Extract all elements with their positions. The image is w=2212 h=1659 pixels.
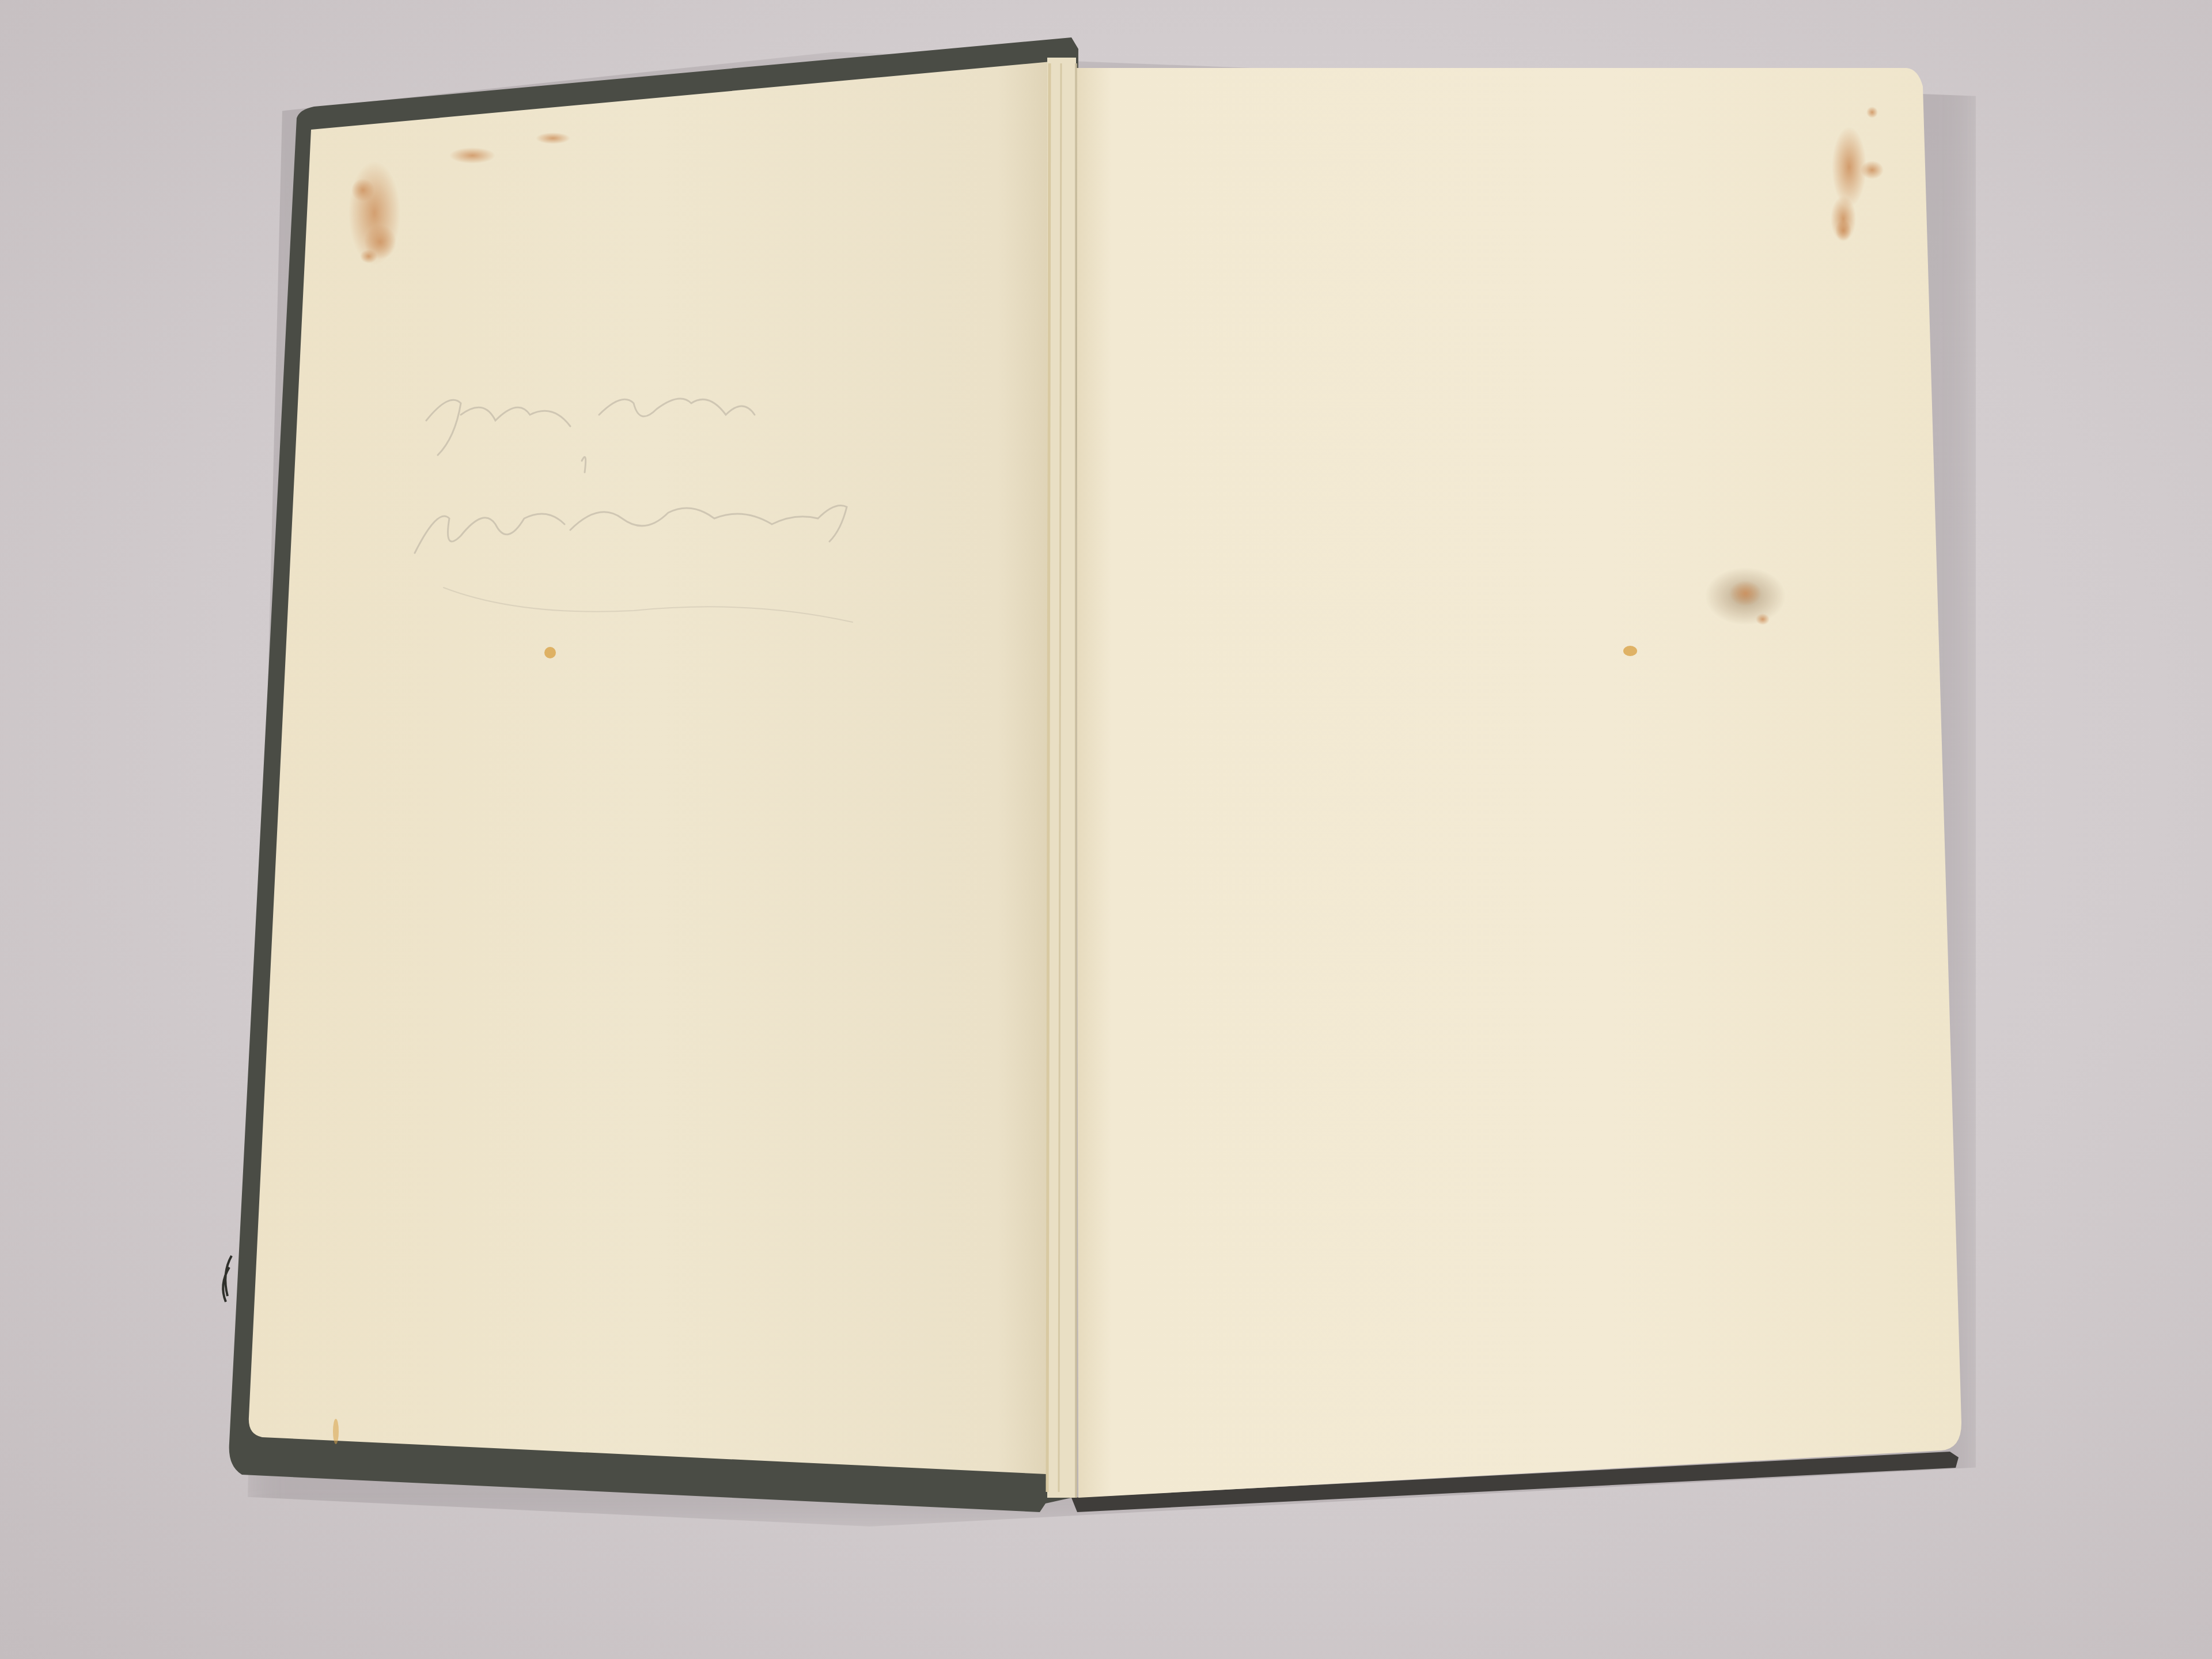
spot-left xyxy=(544,647,556,658)
right-page xyxy=(1076,68,1961,1498)
gutter-hinge xyxy=(1047,58,1076,1498)
open-book xyxy=(0,0,2212,1659)
spot-right xyxy=(1623,646,1637,656)
stain-right xyxy=(1705,567,1786,625)
front-pastedown xyxy=(249,60,1063,1475)
photo-scene xyxy=(0,0,2212,1659)
spot-lower-left xyxy=(333,1419,339,1444)
frayed-corner xyxy=(223,1256,232,1302)
